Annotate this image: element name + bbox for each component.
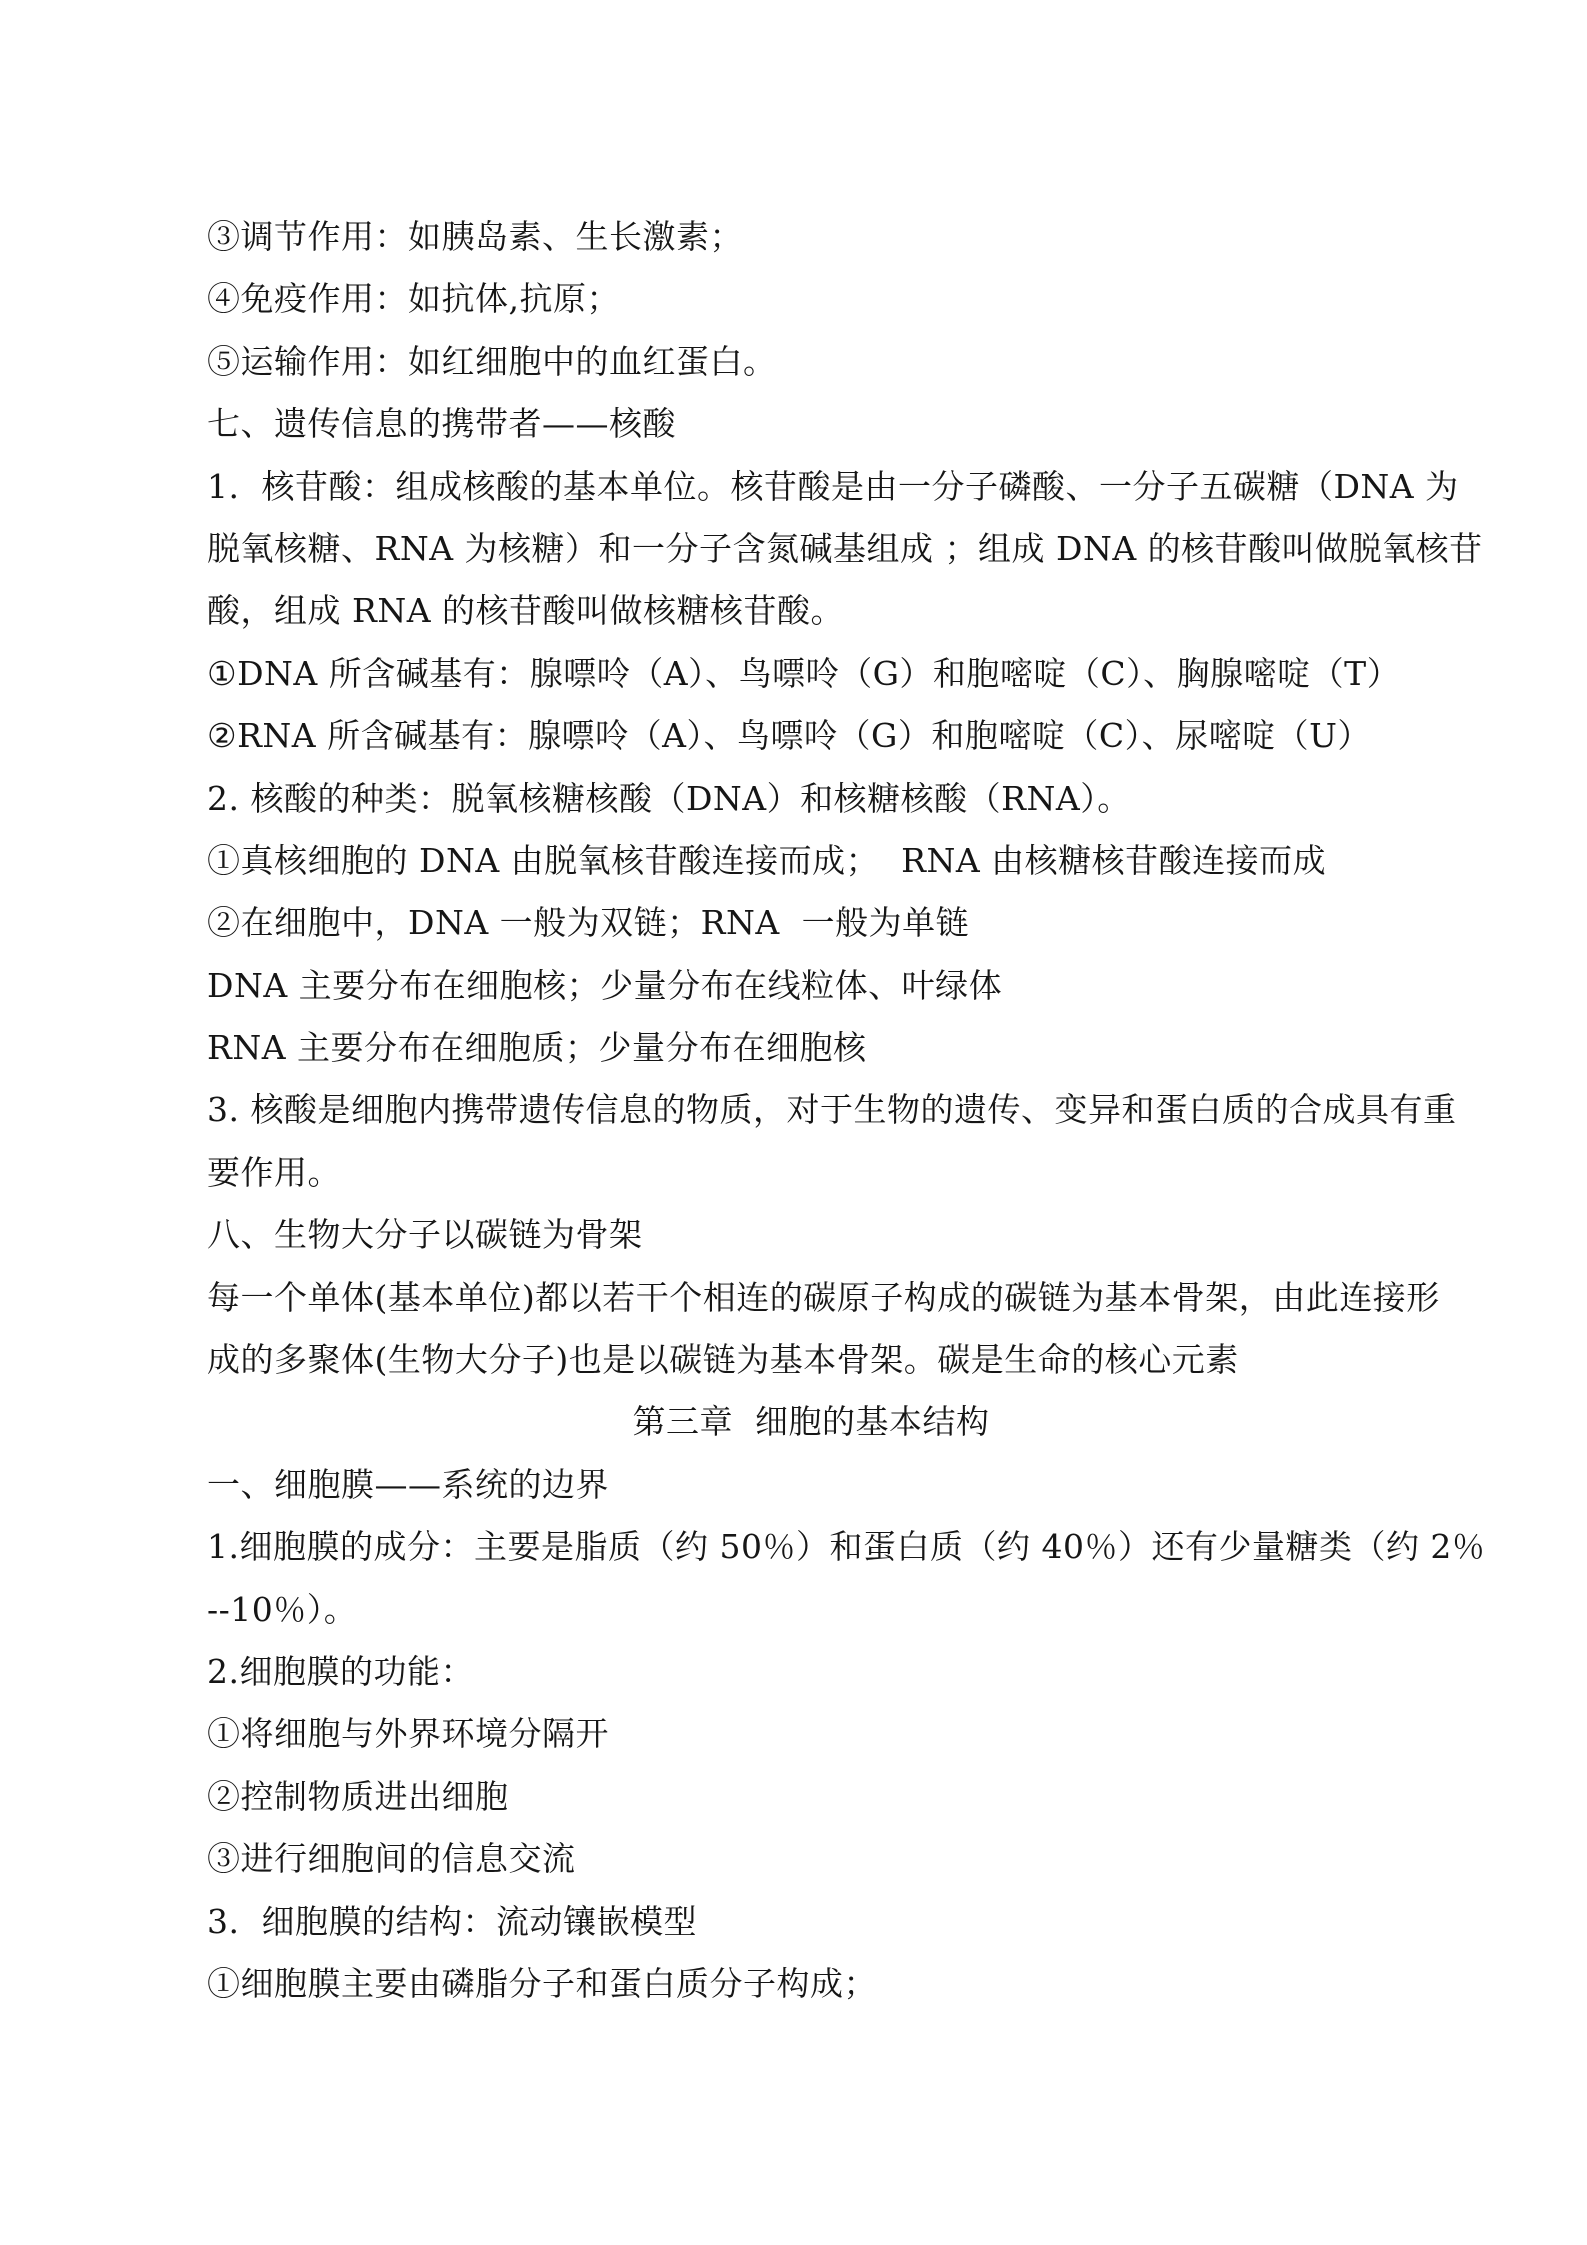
text-line: ②RNA 所含碱基有：腺嘌呤（A）、鸟嘌呤（G）和胞嘧啶（C）、尿嘧啶（U） — [207, 705, 1415, 767]
text-line: ⑤运输作用：如红细胞中的血红蛋白。 — [207, 331, 1415, 393]
text-line: 脱氧核糖、RNA 为核糖）和一分子含氮碱基组成 ；组成 DNA 的核苷酸叫做脱氧… — [207, 518, 1415, 580]
text-line: 每一个单体(基本单位)都以若干个相连的碳原子构成的碳链为基本骨架，由此连接形 — [207, 1267, 1415, 1329]
text-line: ①DNA 所含碱基有：腺嘌呤（A）、鸟嘌呤（G）和胞嘧啶（C）、胸腺嘧啶（T） — [207, 643, 1415, 705]
text-line: ③调节作用：如胰岛素、生长激素； — [207, 206, 1415, 268]
text-line: ②控制物质进出细胞 — [207, 1766, 1415, 1828]
text-line: ①细胞膜主要由磷脂分子和蛋白质分子构成； — [207, 1953, 1415, 2015]
text-line: 一、细胞膜——系统的边界 — [207, 1454, 1415, 1516]
text-line: ①将细胞与外界环境分隔开 — [207, 1703, 1415, 1765]
document-body: ③调节作用：如胰岛素、生长激素；④免疫作用：如抗体,抗原；⑤运输作用：如红细胞中… — [207, 206, 1415, 2015]
text-line: 七、遗传信息的携带者——核酸 — [207, 393, 1415, 455]
text-line: 八、生物大分子以碳链为骨架 — [207, 1204, 1415, 1266]
text-line: 成的多聚体(生物大分子)也是以碳链为基本骨架。碳是生命的核心元素 — [207, 1329, 1415, 1391]
text-line: --10％）。 — [207, 1579, 1415, 1641]
text-line: ④免疫作用：如抗体,抗原； — [207, 268, 1415, 330]
text-line: 1.细胞膜的成分：主要是脂质（约 50％）和蛋白质（约 40％）还有少量糖类（约… — [207, 1516, 1415, 1578]
text-line: 酸，组成 RNA 的核苷酸叫做核糖核苷酸。 — [207, 580, 1415, 642]
text-line: ③进行细胞间的信息交流 — [207, 1828, 1415, 1890]
text-line: 2.细胞膜的功能： — [207, 1641, 1415, 1703]
text-line: 3. 细胞膜的结构：流动镶嵌模型 — [207, 1891, 1415, 1953]
text-line: 1. 核苷酸：组成核酸的基本单位。核苷酸是由一分子磷酸、一分子五碳糖（DNA 为 — [207, 456, 1415, 518]
text-line: ②在细胞中，DNA 一般为双链；RNA 一般为单链 — [207, 892, 1415, 954]
text-line: RNA 主要分布在细胞质；少量分布在细胞核 — [207, 1017, 1415, 1079]
text-line: 2. 核酸的种类：脱氧核糖核酸（DNA）和核糖核酸（RNA）。 — [207, 768, 1415, 830]
text-line: 要作用。 — [207, 1142, 1415, 1204]
text-line: DNA 主要分布在细胞核；少量分布在线粒体、叶绿体 — [207, 955, 1415, 1017]
text-line: 第三章 细胞的基本结构 — [207, 1391, 1415, 1453]
text-line: ①真核细胞的 DNA 由脱氧核苷酸连接而成； RNA 由核糖核苷酸连接而成 — [207, 830, 1415, 892]
text-line: 3. 核酸是细胞内携带遗传信息的物质，对于生物的遗传、变异和蛋白质的合成具有重 — [207, 1079, 1415, 1141]
document-page: ③调节作用：如胰岛素、生长激素；④免疫作用：如抗体,抗原；⑤运输作用：如红细胞中… — [0, 0, 1587, 2245]
